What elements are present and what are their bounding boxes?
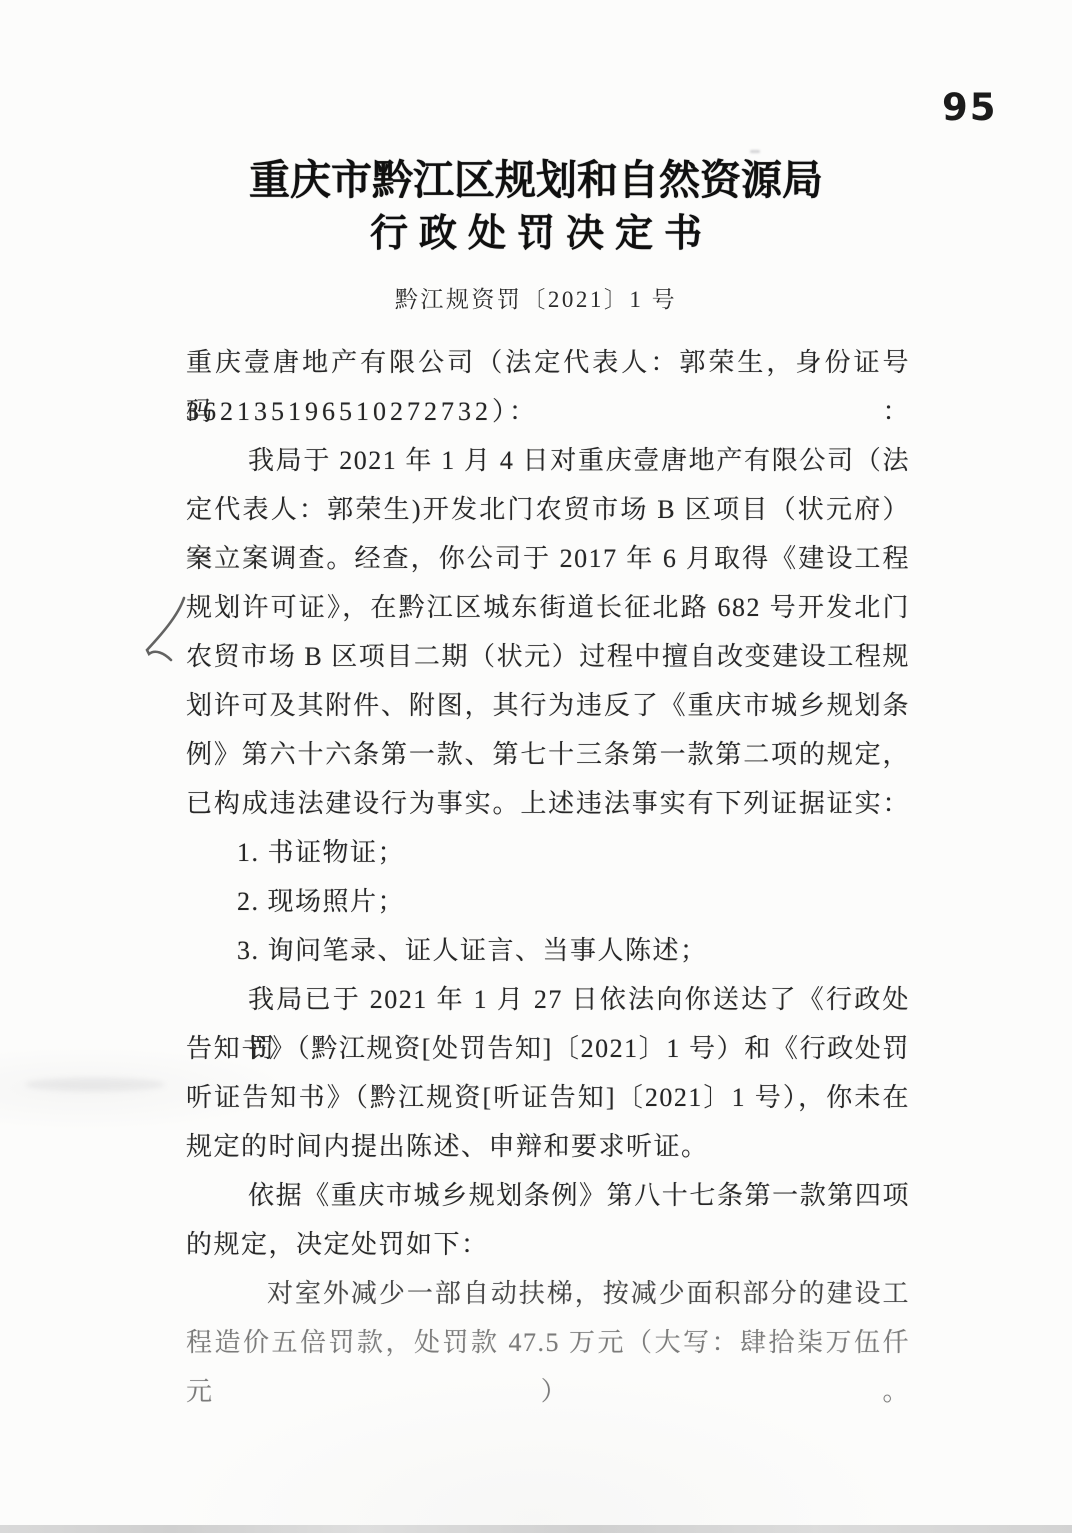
scan-smudge [25, 1078, 165, 1091]
document-line: 的规定，决定处罚如下： [186, 1220, 910, 1269]
document-list-item: 1. 书证物证； [186, 828, 910, 877]
document-line: 我局已于 2021 年 1 月 27 日依法向你送达了《行政处罚 [186, 975, 910, 1024]
document-line: 农贸市场 B 区项目二期（状元）过程中擅自改变建设工程规 [186, 632, 910, 681]
document-number: 黔江规资罚〔2021〕1 号 [174, 283, 898, 317]
document-line: 程造价五倍罚款，处罚款 47.5 万元（大写：肆拾柒万伍仟元）。 [186, 1318, 910, 1367]
document-line: 案立案调查。经查，你公司于 2017 年 6 月取得《建设工程 [186, 534, 910, 583]
document-line: 听证告知书》（黔江规资[听证告知]〔2021〕1 号），你未在 [186, 1073, 910, 1122]
document-line: 规划许可证》，在黔江区城东街道长征北路 682 号开发北门 [186, 583, 910, 632]
page-number: 95 [942, 86, 998, 129]
document-line: 告知书》（黔江规资[处罚告知]〔2021〕1 号）和《行政处罚 [186, 1024, 910, 1073]
scan-speck [750, 150, 760, 153]
document-line: 已构成违法建设行为事实。上述违法事实有下列证据证实： [186, 779, 910, 828]
document-line: 定代表人：郭荣生)开发北门农贸市场 B 区项目（状元府）一 [186, 485, 910, 534]
document-line: 我局于 2021 年 1 月 4 日对重庆壹唐地产有限公司（法 [186, 436, 910, 485]
document-line: 依据《重庆市城乡规划条例》第八十七条第一款第四项 [186, 1171, 910, 1220]
document-body: 重庆壹唐地产有限公司（法定代表人：郭荣生，身份证号码： 362135196510… [186, 338, 910, 1367]
document-title-org: 重庆市黔江区规划和自然资源局 [174, 155, 898, 205]
scan-bottom-edge [0, 1525, 1072, 1533]
document-list-item: 3. 询问笔录、证人证言、当事人陈述； [186, 926, 910, 975]
document-line: 划许可及其附件、附图，其行为违反了《重庆市城乡规划条 [186, 681, 910, 730]
document-list-item: 2. 现场照片； [186, 877, 910, 926]
document-line: 重庆壹唐地产有限公司（法定代表人：郭荣生，身份证号码： [186, 338, 910, 387]
document-line: 规定的时间内提出陈述、申辩和要求听证。 [186, 1122, 910, 1171]
document-title-type: 行政处罚决定书 [174, 209, 898, 257]
scanned-document-page: 95 重庆市黔江区规划和自然资源局 行政处罚决定书 黔江规资罚〔2021〕1 号… [0, 0, 1072, 1533]
document-line: 例》第六十六条第一款、第七十三条第一款第二项的规定， [186, 730, 910, 779]
document-line: 对室外减少一部自动扶梯，按减少面积部分的建设工 [186, 1269, 910, 1318]
